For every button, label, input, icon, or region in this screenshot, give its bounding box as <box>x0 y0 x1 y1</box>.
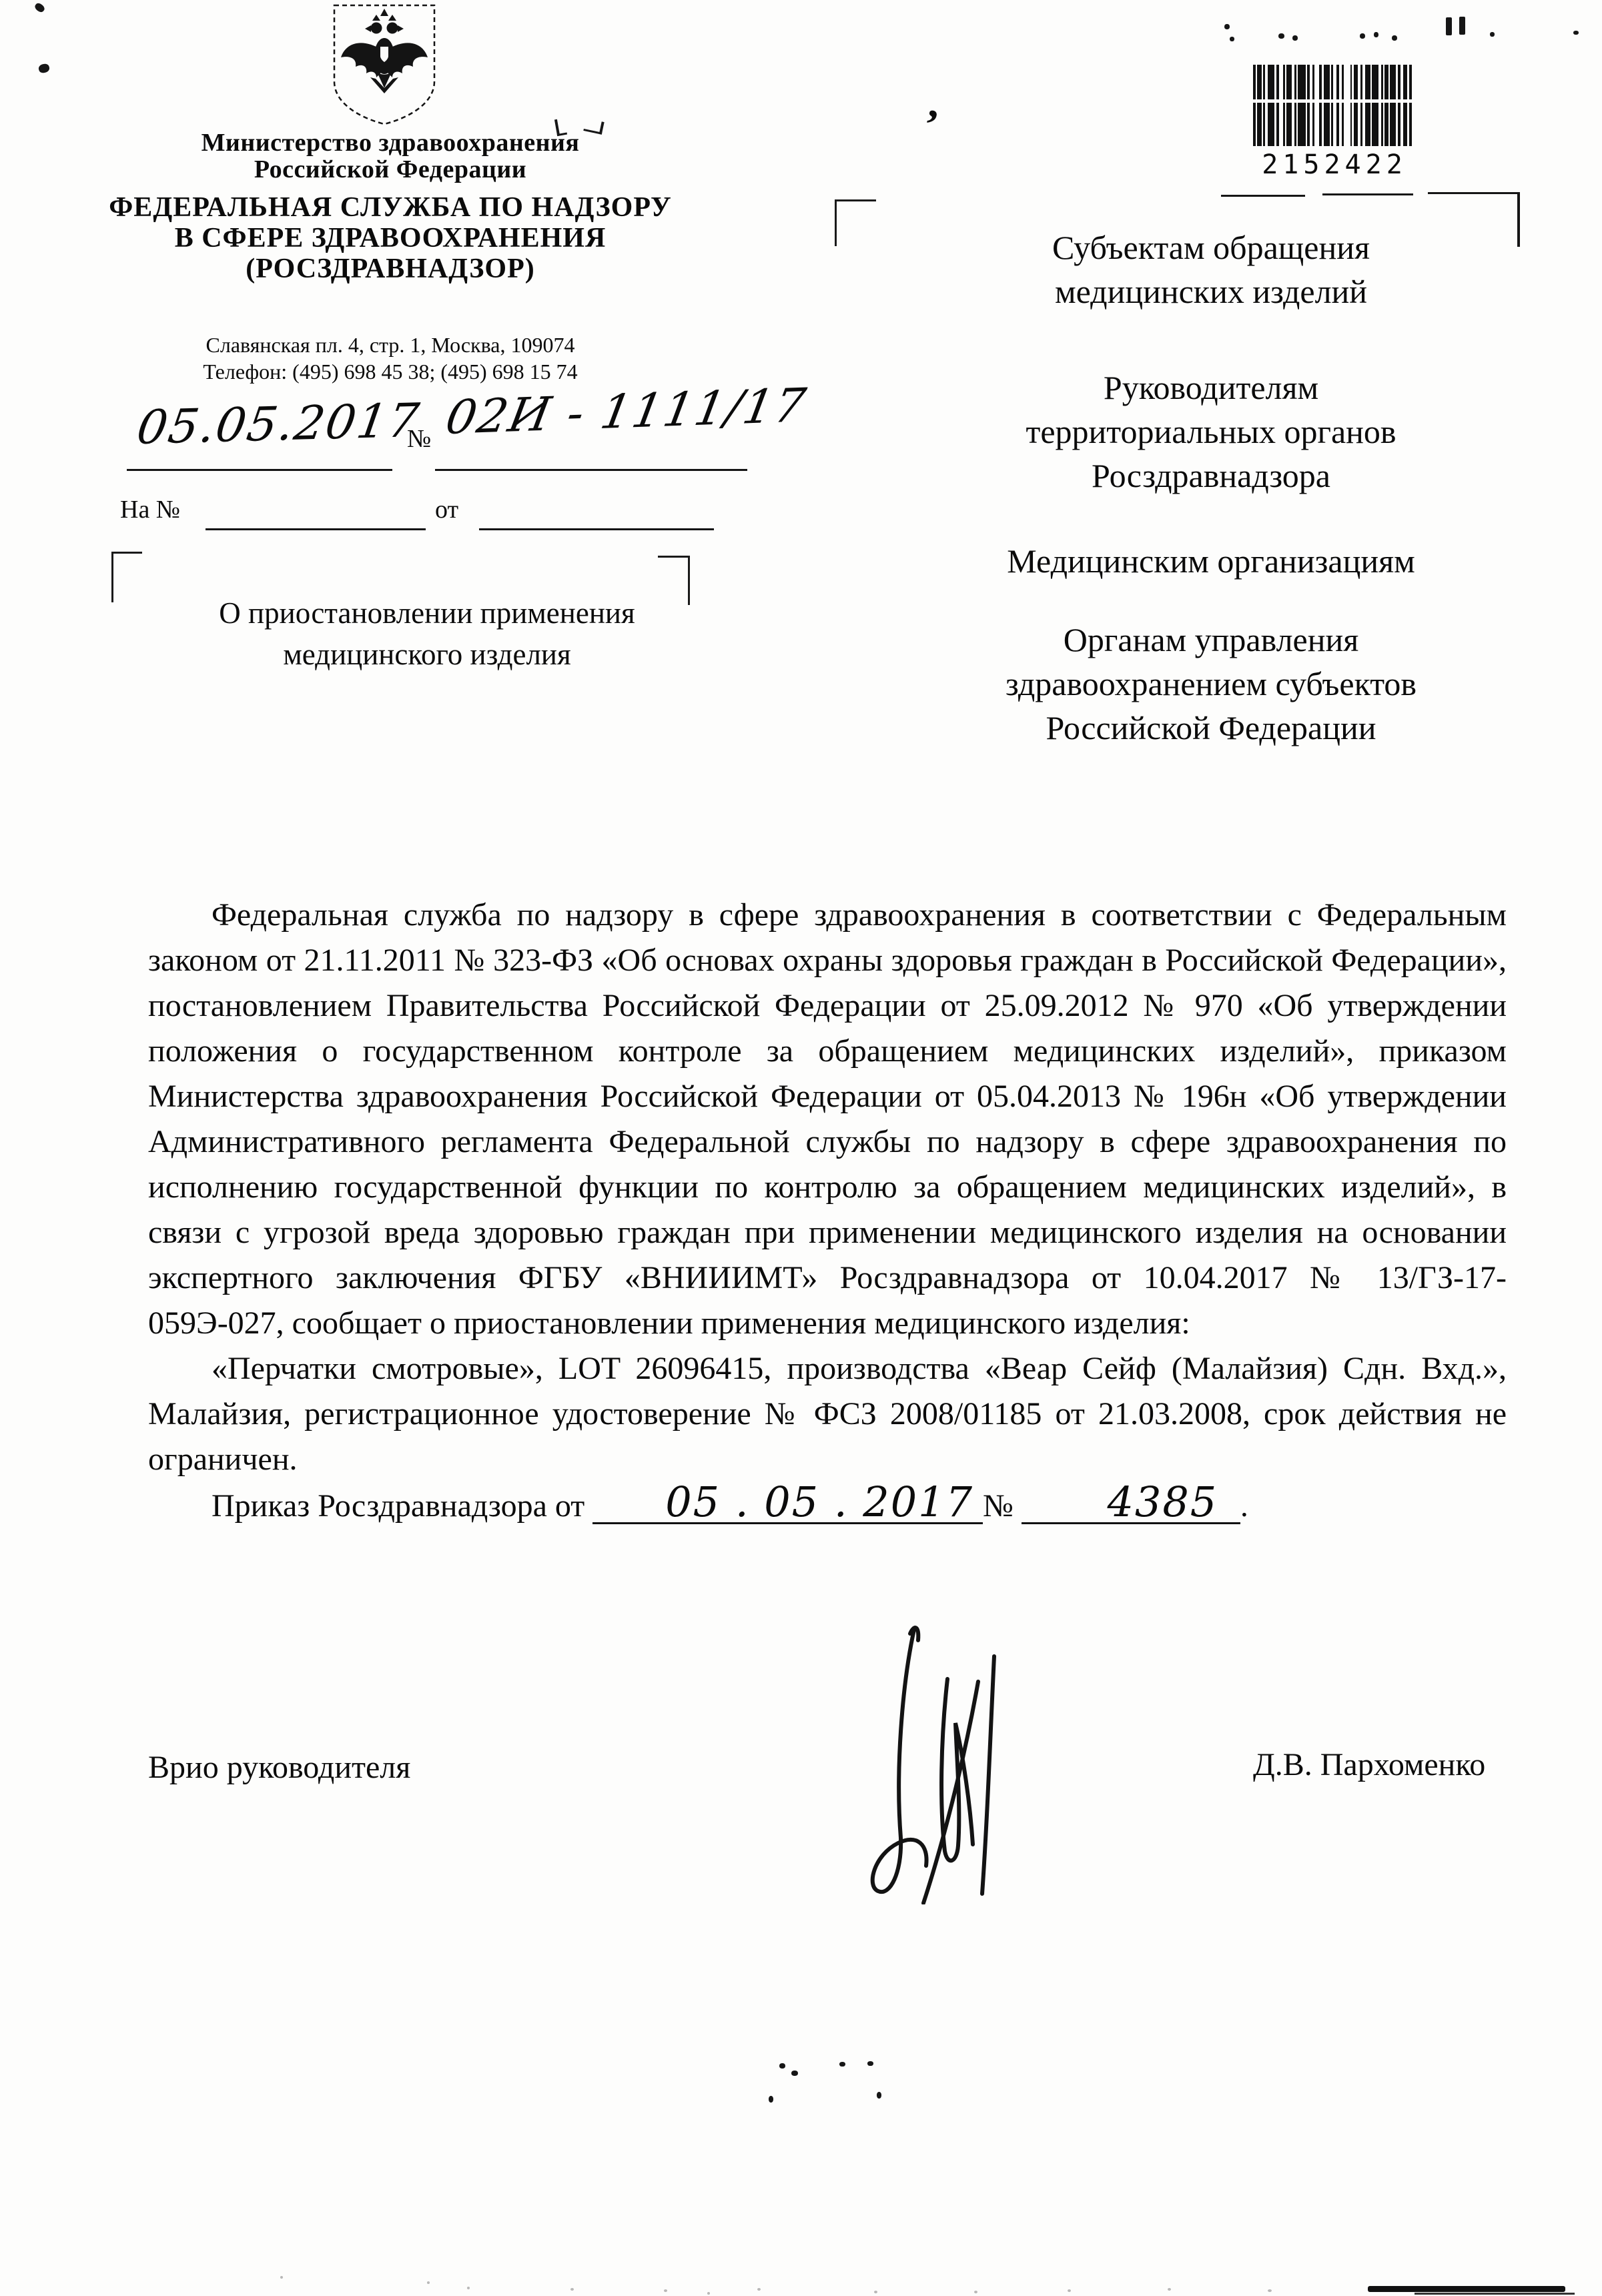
barcode-bar <box>1365 65 1370 146</box>
service-line-1: ФЕДЕРАЛЬНАЯ СЛУЖБА ПО НАДЗОРУ <box>57 192 724 223</box>
scan-speck: ’ <box>921 99 941 150</box>
scan-speck <box>33 2 46 14</box>
address-line: Славянская пл. 4, стр. 1, Москва, 109074 <box>90 332 691 358</box>
subject-text: О приостановлении применения медицинског… <box>150 592 704 675</box>
ministry-line-1: Министерство здравоохранения <box>90 129 691 156</box>
order-line: Приказ Росздравнадзора от 05 . 05 . 2017… <box>148 1482 1507 1529</box>
recipient-line: Органам управления <box>901 618 1521 662</box>
recipient-line: Медицинским организациям <box>901 539 1521 583</box>
recipient-line: медицинских изделий <box>901 269 1521 314</box>
number-sign: № <box>407 424 431 454</box>
barcode-bar <box>1286 65 1292 146</box>
outgoing-date-handwritten: 05.05.2017 <box>133 393 424 455</box>
barcode-scratch <box>1253 99 1415 103</box>
body-paragraph-1: Федеральная служба по надзору в сфере зд… <box>148 893 1507 1346</box>
letter-body: Федеральная служба по надзору в сфере зд… <box>148 893 1507 1529</box>
order-number-sign: № <box>983 1488 1014 1524</box>
outgoing-number-handwritten: 02И - 1111/17 <box>442 378 811 445</box>
date-underline <box>127 469 392 471</box>
dash-segment <box>1221 195 1305 197</box>
recipient-block-2: Руководителям территориальных органов Ро… <box>901 366 1521 498</box>
phone-line: Телефон: (495) 698 45 38; (495) 698 15 7… <box>90 358 691 385</box>
reply-date-underline <box>479 528 714 530</box>
barcode-gap <box>1344 65 1350 146</box>
service-line-2: В СФЕРЕ ЗДРАВООХРАНЕНИЯ <box>57 223 724 253</box>
barcode-gap <box>1314 65 1320 146</box>
scan-artifact-line <box>1368 2286 1565 2292</box>
signature-icon <box>835 1618 1032 1904</box>
order-period: . <box>1240 1488 1248 1524</box>
barcode-bar <box>1324 65 1330 146</box>
order-date-handwritten: 05 . 05 . 2017 <box>592 1482 983 1524</box>
signer-position: Врио руководителя <box>148 1749 410 1786</box>
signature-scribble <box>835 1618 1032 1904</box>
dash-segment <box>1428 192 1520 194</box>
reply-to-label: На № <box>120 495 180 524</box>
barcode-bar <box>1268 65 1274 146</box>
recipient-block-4: Органам управления здравоохранением субъ… <box>901 618 1521 750</box>
ministry-line-2: Российской Федерации <box>90 156 691 183</box>
barcode-bar <box>1372 65 1378 146</box>
double-headed-eagle-icon <box>325 3 444 127</box>
barcode-number: 2152422 <box>1241 149 1428 180</box>
subject-line-1: О приостановлении применения <box>150 592 704 634</box>
scan-speck <box>38 63 51 74</box>
barcode-bar <box>1298 65 1306 146</box>
recipient-block-3: Медицинским организациям <box>901 539 1521 583</box>
reply-from-label: от <box>435 495 458 524</box>
recipient-line: Российской Федерации <box>901 706 1521 750</box>
barcode-bar <box>1390 65 1396 146</box>
signer-name: Д.В. Пархоменко <box>1253 1746 1485 1783</box>
number-underline <box>435 469 747 471</box>
letterhead-contacts: Славянская пл. 4, стр. 1, Москва, 109074… <box>90 332 691 385</box>
federal-service-name: ФЕДЕРАЛЬНАЯ СЛУЖБА ПО НАДЗОРУ В СФЕРЕ ЗД… <box>57 192 724 284</box>
scan-artifact-line <box>1415 2293 1575 2295</box>
barcode <box>1253 65 1415 146</box>
service-line-3: (РОСЗДРАВНАДЗОР) <box>57 253 724 284</box>
ministry-name: Министерство здравоохранения Российской … <box>90 129 691 183</box>
dash-segment <box>1322 193 1413 195</box>
subject-line-2: медицинского изделия <box>150 634 704 675</box>
recipient-line: территориальных органов <box>901 410 1521 454</box>
coat-of-arms-emblem <box>325 3 444 127</box>
recipient-line: Росздравнадзора <box>901 454 1521 498</box>
reply-number-underline <box>206 528 426 530</box>
recipient-block-1: Субъектам обращения медицинских изделий <box>901 225 1521 314</box>
recipient-line: здравоохранением субъектов <box>901 662 1521 706</box>
scanned-letter-page: Министерство здравоохранения Российской … <box>0 0 1602 2296</box>
order-number-handwritten: 4385 <box>1022 1482 1240 1524</box>
order-prefix: Приказ Росздравнадзора от <box>212 1488 584 1524</box>
recipient-line: Руководителям <box>901 366 1521 410</box>
body-paragraph-2: «Перчатки смотровые», LOT 26096415, прои… <box>148 1346 1507 1482</box>
barcode-gap <box>1412 65 1415 146</box>
recipient-line: Субъектам обращения <box>901 225 1521 269</box>
